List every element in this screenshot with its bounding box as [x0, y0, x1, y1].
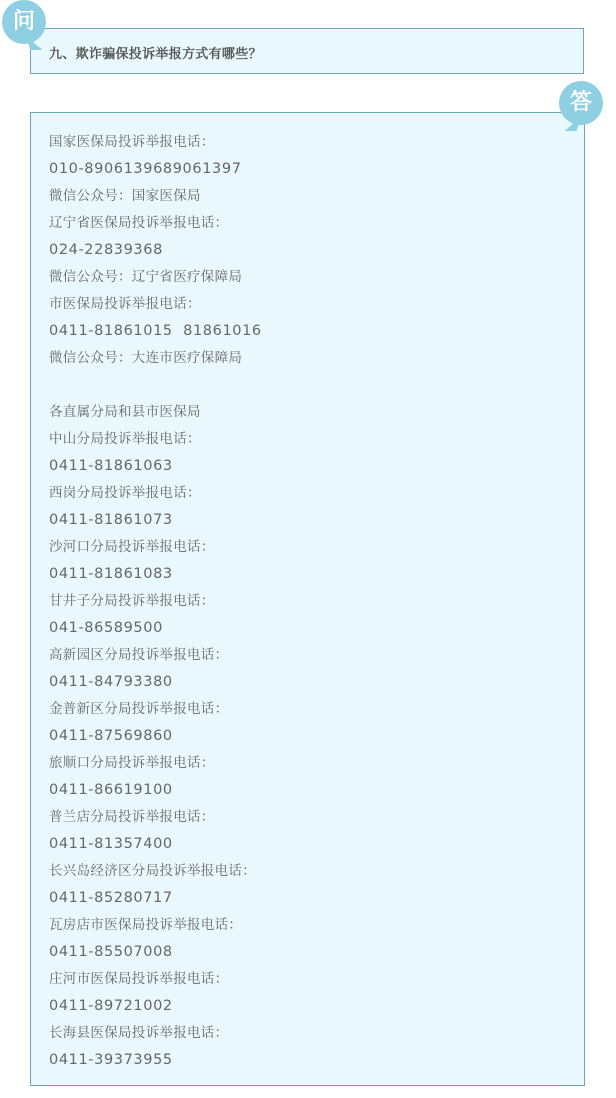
answer-badge-icon: 答	[559, 81, 603, 125]
answer-line-label: 微信公众号：辽宁省医疗保障局	[49, 264, 262, 291]
answer-lines: 国家医保局投诉举报电话：010-8906139689061397微信公众号：国家…	[49, 129, 262, 1074]
answer-line-label: 微信公众号：国家医保局	[49, 183, 262, 210]
phone-number: 0411-86619100	[49, 777, 262, 804]
phone-number: 0411-81357400	[49, 831, 262, 858]
answer-line-label: 中山分局投诉举报电话：	[49, 426, 262, 453]
phone-number: 0411-89721002	[49, 993, 262, 1020]
answer-line-label: 甘井子分局投诉举报电话：	[49, 588, 262, 615]
answer-line-label: 庄河市医保局投诉举报电话：	[49, 966, 262, 993]
answer-line-label: 瓦房店市医保局投诉举报电话：	[49, 912, 262, 939]
phone-number: 010-8906139689061397	[49, 156, 262, 183]
answer-line-label: 金普新区分局投诉举报电话：	[49, 696, 262, 723]
question-text: 九、欺诈骗保投诉举报方式有哪些？	[49, 43, 262, 62]
phone-number: 0411-85280717	[49, 885, 262, 912]
answer-line-label: 国家医保局投诉举报电话：	[49, 129, 262, 156]
phone-number: 0411-85507008	[49, 939, 262, 966]
answer-line-label: 微信公众号：大连市医疗保障局	[49, 345, 262, 372]
phone-number: 0411-87569860	[49, 723, 262, 750]
question-badge-label: 问	[13, 9, 35, 34]
answer-line-label: 普兰店分局投诉举报电话：	[49, 804, 262, 831]
answer-line-label: 长海县医保局投诉举报电话：	[49, 1020, 262, 1047]
answer-box: 国家医保局投诉举报电话：010-8906139689061397微信公众号：国家…	[30, 112, 585, 1086]
answer-line-label: 辽宁省医保局投诉举报电话：	[49, 210, 262, 237]
blank-line	[49, 372, 262, 399]
phone-number: 0411-81861015 81861016	[49, 318, 262, 345]
answer-line-label: 沙河口分局投诉举报电话：	[49, 534, 262, 561]
question-box: 九、欺诈骗保投诉举报方式有哪些？	[30, 28, 584, 74]
answer-badge-label: 答	[570, 90, 592, 115]
answer-line-label: 长兴岛经济区分局投诉举报电话：	[49, 858, 262, 885]
answer-line-label: 旅顺口分局投诉举报电话：	[49, 750, 262, 777]
answer-line-label: 市医保局投诉举报电话：	[49, 291, 262, 318]
phone-number: 0411-81861083	[49, 561, 262, 588]
answer-line-label: 高新园区分局投诉举报电话：	[49, 642, 262, 669]
answer-line-label: 各直属分局和县市医保局	[49, 399, 262, 426]
phone-number: 0411-81861073	[49, 507, 262, 534]
phone-number: 0411-81861063	[49, 453, 262, 480]
phone-number: 0411-84793380	[49, 669, 262, 696]
question-badge-icon: 问	[2, 0, 46, 44]
phone-number: 041-86589500	[49, 615, 262, 642]
phone-number: 0411-39373955	[49, 1047, 262, 1074]
answer-line-label: 西岗分局投诉举报电话：	[49, 480, 262, 507]
phone-number: 024-22839368	[49, 237, 262, 264]
